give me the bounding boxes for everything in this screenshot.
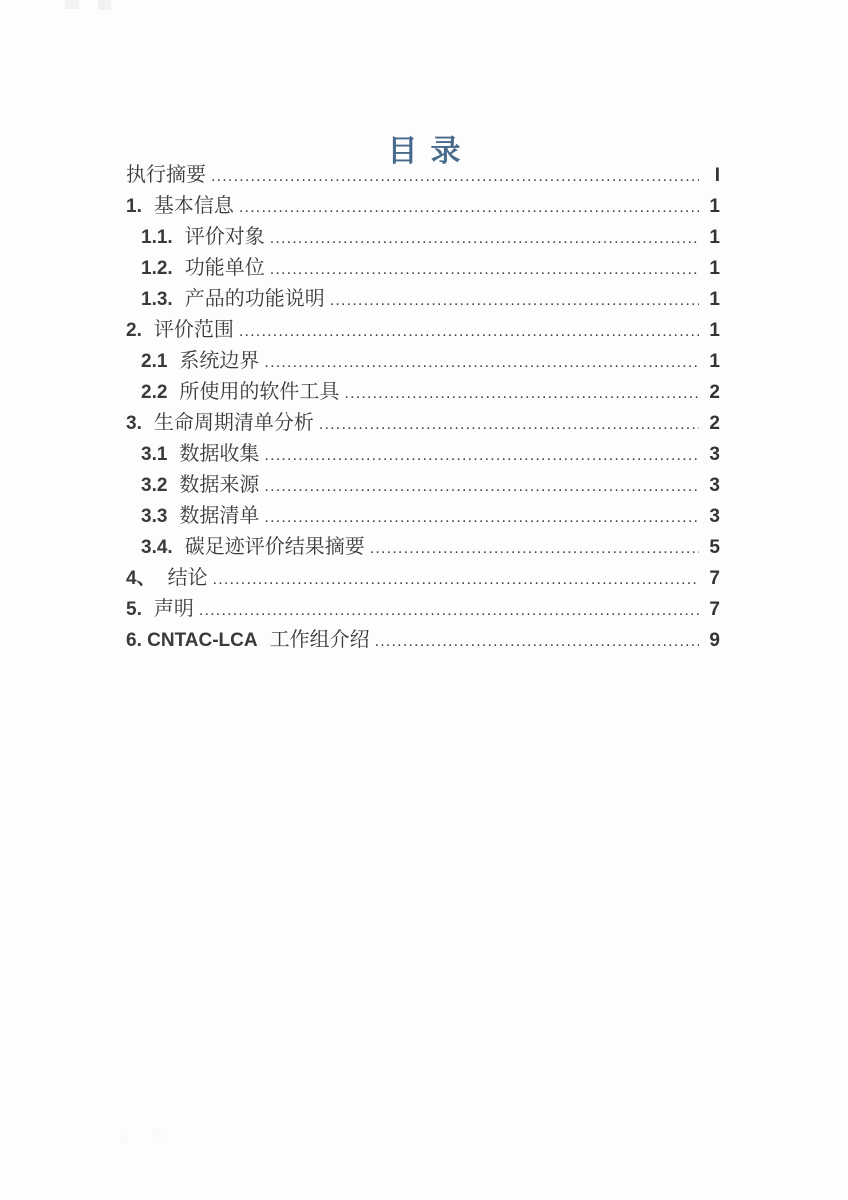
toc-entry-number: 5.: [126, 594, 142, 625]
toc-entry-page: 2: [706, 408, 720, 439]
toc-leader-dots: ........................................…: [270, 254, 699, 285]
toc-entry[interactable]: 3.2 数据来源 ...............................…: [126, 470, 720, 501]
toc-leader-dots: ........................................…: [370, 533, 699, 564]
toc-entry-number: 1.2.: [141, 253, 173, 284]
toc-leader-dots: ........................................…: [375, 626, 699, 657]
toc-entry-number: 3.1: [141, 439, 167, 470]
toc-entry-label: 数据收集: [179, 439, 259, 470]
toc-entry-page: 3: [706, 501, 720, 532]
toc-entry[interactable]: 3.3 数据清单 ...............................…: [126, 501, 720, 532]
toc-entry-number: 2.1: [141, 346, 167, 377]
toc-entry-page: 1: [706, 346, 720, 377]
toc-entry[interactable]: 1. 基本信息 ................................…: [126, 191, 720, 222]
toc-entry[interactable]: 5. 声明 ..................................…: [126, 594, 720, 625]
toc-entry-label: 结论: [168, 563, 208, 594]
toc-entry-number: 1.1.: [141, 222, 173, 253]
toc-entry[interactable]: 6. CNTAC-LCA 工作组介绍 .....................…: [126, 625, 720, 656]
toc-entry-label: 产品的功能说明: [185, 284, 325, 315]
toc-entry-number: 1.: [126, 191, 142, 222]
toc-entry[interactable]: 1.1. 评价对象 ..............................…: [126, 222, 720, 253]
toc-entry-number: 4、: [126, 563, 156, 594]
toc-entry-page: I: [706, 160, 720, 191]
toc-entry-label: 碳足迹评价结果摘要: [185, 532, 365, 563]
toc-entry[interactable]: 3.4. 碳足迹评价结果摘要 .........................…: [126, 532, 720, 563]
toc-leader-dots: ........................................…: [211, 161, 699, 192]
toc-entry-label: 评价对象: [185, 222, 265, 253]
toc-entry-page: 1: [706, 315, 720, 346]
toc-entry-label: 基本信息: [154, 191, 234, 222]
toc-leader-dots: ........................................…: [239, 192, 699, 223]
toc-entry-label: 工作组介绍: [270, 625, 370, 656]
toc-entry-page: 3: [706, 470, 720, 501]
toc-entry-page: 9: [706, 625, 720, 656]
toc-entry-page: 1: [706, 253, 720, 284]
toc-entry[interactable]: 4、 结论 ..................................…: [126, 563, 720, 594]
toc-entry-label: 生命周期清单分析: [154, 408, 314, 439]
toc-entry-page: 1: [706, 191, 720, 222]
scan-artifact: [65, 0, 79, 9]
scan-artifact: [98, 0, 111, 10]
scan-artifact: [152, 1128, 161, 1137]
toc-entry-label: 系统边界: [179, 346, 259, 377]
toc-entry-page: 1: [706, 284, 720, 315]
toc-entry[interactable]: 1.2. 功能单位 ..............................…: [126, 253, 720, 284]
table-of-contents: 执行摘要 ...................................…: [126, 160, 720, 656]
toc-entry-number: 6. CNTAC-LCA: [126, 625, 258, 656]
toc-entry-label: 评价范围: [154, 315, 234, 346]
toc-entry-label: 声明: [154, 594, 194, 625]
toc-leader-dots: ........................................…: [239, 316, 699, 347]
toc-entry[interactable]: 2.2 所使用的软件工具 ...........................…: [126, 377, 720, 408]
toc-entry-page: 3: [706, 439, 720, 470]
toc-entry-number: 1.3.: [141, 284, 173, 315]
toc-entry-number: 3.: [126, 408, 142, 439]
toc-entry-number: 3.2: [141, 470, 167, 501]
toc-entry-page: 1: [706, 222, 720, 253]
toc-entry-label: 执行摘要: [126, 160, 206, 191]
toc-entry-number: 2.2: [141, 377, 167, 408]
toc-entry[interactable]: 2.1 系统边界 ...............................…: [126, 346, 720, 377]
toc-entry-page: 2: [706, 377, 720, 408]
toc-entry[interactable]: 执行摘要 ...................................…: [126, 160, 720, 191]
toc-leader-dots: ........................................…: [264, 440, 699, 471]
toc-entry-label: 功能单位: [185, 253, 265, 284]
toc-leader-dots: ........................................…: [199, 595, 699, 626]
toc-leader-dots: ........................................…: [213, 564, 699, 595]
toc-entry[interactable]: 3.1 数据收集 ...............................…: [126, 439, 720, 470]
toc-leader-dots: ........................................…: [319, 409, 699, 440]
toc-entry-page: 5: [706, 532, 720, 563]
toc-entry-page: 7: [706, 563, 720, 594]
toc-entry-label: 数据清单: [179, 501, 259, 532]
toc-entry-label: 数据来源: [179, 470, 259, 501]
scan-artifact: [120, 1135, 128, 1143]
toc-entry-number: 2.: [126, 315, 142, 346]
toc-leader-dots: ........................................…: [264, 471, 699, 502]
toc-entry-page: 7: [706, 594, 720, 625]
toc-entry[interactable]: 1.3. 产品的功能说明 ...........................…: [126, 284, 720, 315]
toc-leader-dots: ........................................…: [270, 223, 699, 254]
toc-entry-number: 3.4.: [141, 532, 173, 563]
toc-entry[interactable]: 2. 评价范围 ................................…: [126, 315, 720, 346]
toc-entry-label: 所使用的软件工具: [179, 377, 339, 408]
document-page: 目录 执行摘要 ................................…: [0, 0, 848, 1200]
toc-entry-number: 3.3: [141, 501, 167, 532]
toc-entry[interactable]: 3. 生命周期清单分析 ............................…: [126, 408, 720, 439]
toc-leader-dots: ........................................…: [330, 285, 699, 316]
toc-leader-dots: ........................................…: [344, 378, 699, 409]
toc-leader-dots: ........................................…: [264, 502, 699, 533]
toc-leader-dots: ........................................…: [264, 347, 699, 378]
